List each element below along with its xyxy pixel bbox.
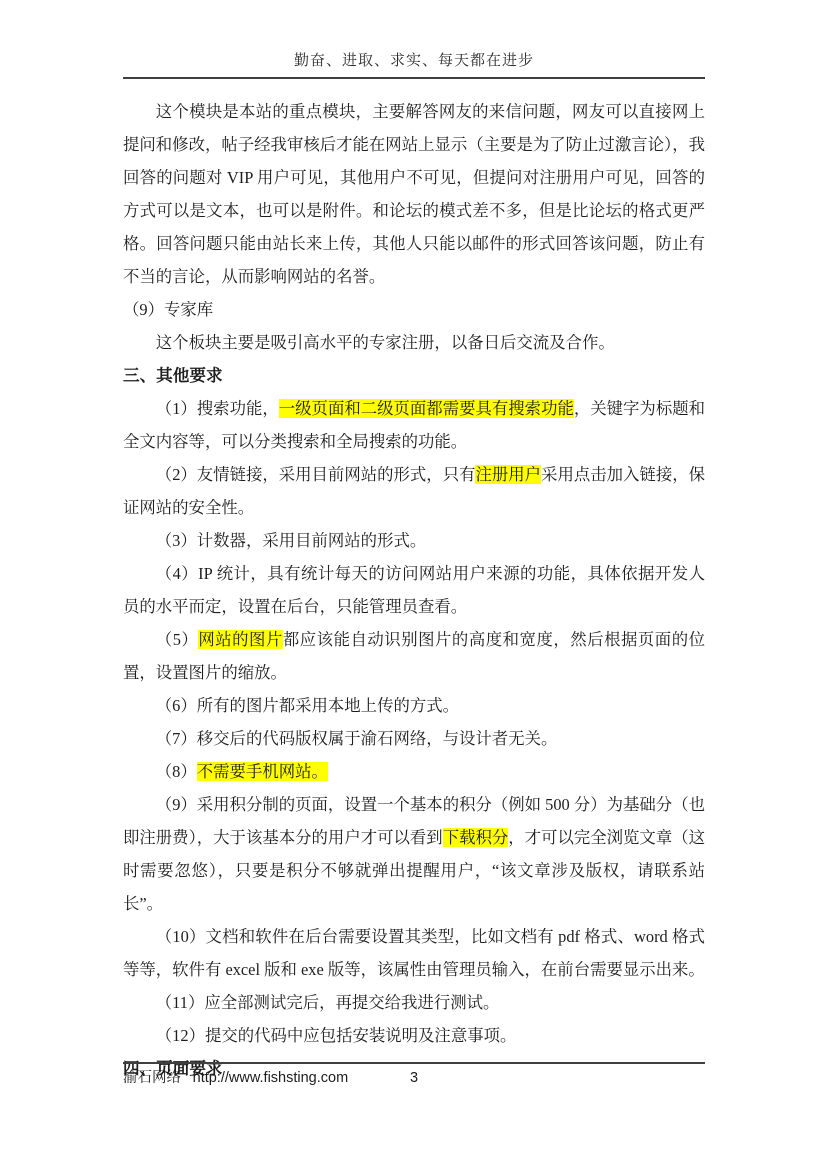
page-footer: 渝石网络 http://www.fishsting.com 3 bbox=[123, 1067, 705, 1089]
text-run: 这个模块是本站的重点模块，主要解答网友的来信问题，网友可以直接网上提问和修改，帖… bbox=[123, 102, 705, 286]
header-divider bbox=[123, 77, 705, 79]
paragraph: （2）友情链接，采用目前网站的形式，只有注册用户采用点击加入链接，保证网站的安全… bbox=[123, 458, 705, 524]
paragraph: （5）网站的图片都应该能自动识别图片的高度和宽度，然后根据页面的位置，设置图片的… bbox=[123, 623, 705, 689]
paragraph: （6）所有的图片都采用本地上传的方式。 bbox=[123, 689, 705, 722]
text-run: 这个板块主要是吸引高水平的专家注册，以备日后交流及合作。 bbox=[156, 333, 615, 352]
document-page: 勤奋、进取、求实、每天都在进步 这个模块是本站的重点模块，主要解答网友的来信问题… bbox=[0, 0, 827, 1169]
text-run: （3）计数器，采用目前网站的形式。 bbox=[156, 531, 426, 550]
text-run: （4）IP 统计，具有统计每天的访问网站用户来源的功能，具体依据开发人员的水平而… bbox=[123, 564, 705, 616]
paragraph: （9）专家库 bbox=[123, 293, 705, 326]
highlighted-text: 注册用户 bbox=[475, 465, 541, 484]
paragraph: 这个模块是本站的重点模块，主要解答网友的来信问题，网友可以直接网上提问和修改，帖… bbox=[123, 95, 705, 293]
text-run: （8） bbox=[156, 762, 197, 781]
paragraph: （3）计数器，采用目前网站的形式。 bbox=[123, 524, 705, 557]
section-heading: 三、其他要求 bbox=[123, 359, 705, 392]
paragraph: （7）移交后的代码版权属于渝石网络，与设计者无关。 bbox=[123, 722, 705, 755]
text-run: 三、其他要求 bbox=[123, 366, 223, 385]
paragraph: （9）采用积分制的页面，设置一个基本的积分（例如 500 分）为基础分（也即注册… bbox=[123, 788, 705, 920]
paragraph: （10）文档和软件在后台需要设置其类型，比如文档有 pdf 格式、word 格式… bbox=[123, 920, 705, 986]
highlighted-text: 一级页面和二级页面都需要具有搜索功能 bbox=[279, 399, 574, 418]
header-slogan: 勤奋、进取、求实、每天都在进步 bbox=[123, 49, 705, 70]
text-run: （2）友情链接，采用目前网站的形式，只有 bbox=[156, 465, 476, 484]
text-run: （12）提交的代码中应包括安装说明及注意事项。 bbox=[156, 1026, 517, 1045]
text-run: （10）文档和软件在后台需要设置其类型，比如文档有 pdf 格式、word 格式… bbox=[123, 927, 705, 979]
text-run: （7）移交后的代码版权属于渝石网络，与设计者无关。 bbox=[156, 729, 558, 748]
text-run: （11）应全部测试完后，再提交给我进行测试。 bbox=[156, 993, 500, 1012]
page-number: 3 bbox=[123, 1067, 705, 1089]
highlighted-text: 下载积分 bbox=[443, 828, 509, 847]
paragraph: （1）搜索功能，一级页面和二级页面都需要具有搜索功能，关键字为标题和全文内容等，… bbox=[123, 392, 705, 458]
paragraph: 这个板块主要是吸引高水平的专家注册，以备日后交流及合作。 bbox=[123, 326, 705, 359]
footer-divider bbox=[123, 1062, 705, 1064]
text-run: （6）所有的图片都采用本地上传的方式。 bbox=[156, 696, 459, 715]
text-run: （1）搜索功能， bbox=[156, 399, 279, 418]
paragraph: （11）应全部测试完后，再提交给我进行测试。 bbox=[123, 986, 705, 1019]
paragraph: （12）提交的代码中应包括安装说明及注意事项。 bbox=[123, 1019, 705, 1052]
text-run: （9）专家库 bbox=[123, 300, 213, 319]
paragraph: （8）不需要手机网站。 bbox=[123, 755, 705, 788]
text-run: （5） bbox=[156, 630, 199, 649]
document-body: 这个模块是本站的重点模块，主要解答网友的来信问题，网友可以直接网上提问和修改，帖… bbox=[123, 95, 705, 1085]
highlighted-text: 网站的图片 bbox=[198, 630, 283, 649]
paragraph: （4）IP 统计，具有统计每天的访问网站用户来源的功能，具体依据开发人员的水平而… bbox=[123, 557, 705, 623]
highlighted-text: 不需要手机网站。 bbox=[197, 762, 328, 781]
